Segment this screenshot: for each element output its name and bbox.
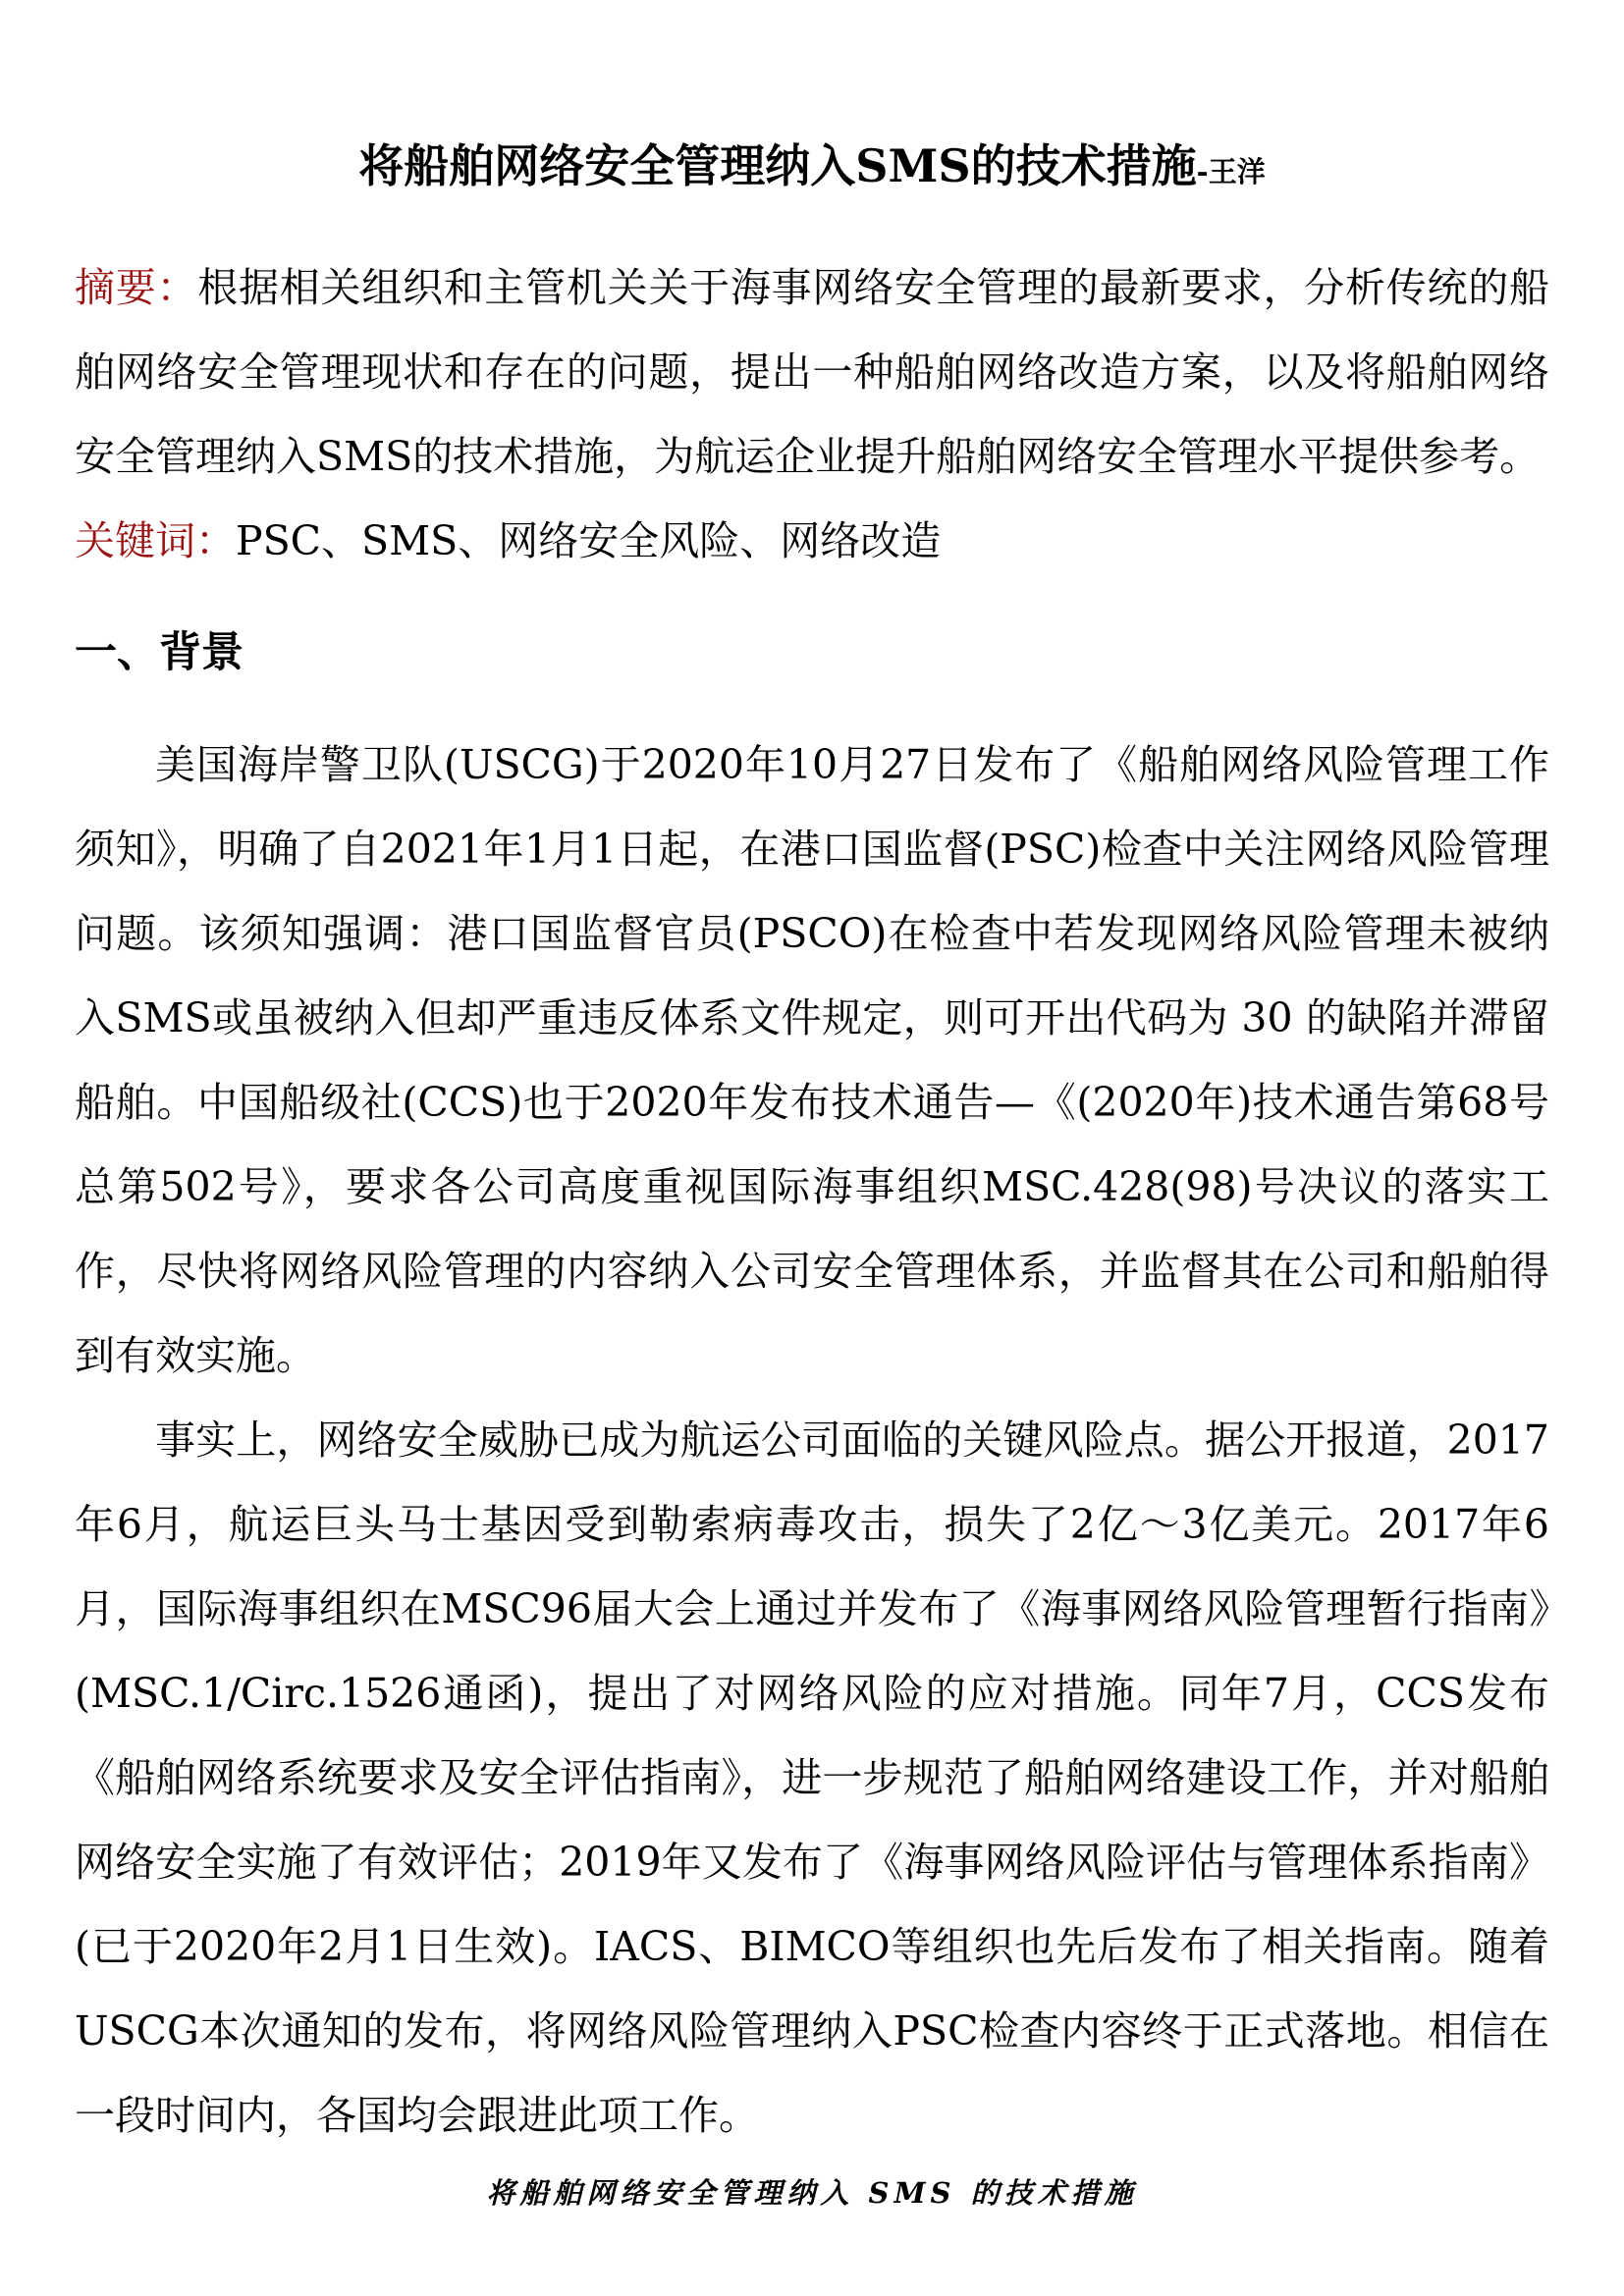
keywords-text: PSC、SMS、网络安全风险、网络改造 bbox=[236, 517, 941, 564]
abstract-text: 根据相关组织和主管机关关于海事网络安全管理的最新要求，分析传统的船舶网络安全管理… bbox=[75, 264, 1549, 480]
body-paragraph-1: 美国海岸警卫队(USCG)于2020年10月27日发布了《船舶网络风险管理工作须… bbox=[75, 722, 1549, 1398]
keywords-paragraph: 关键词：PSC、SMS、网络安全风险、网络改造 bbox=[75, 499, 1549, 583]
abstract-paragraph: 摘要：根据相关组织和主管机关关于海事网络安全管理的最新要求，分析传统的船舶网络安… bbox=[75, 245, 1549, 499]
document-page: 将船舶网络安全管理纳入SMS的技术措施-王洋 摘要：根据相关组织和主管机关关于海… bbox=[0, 0, 1624, 2296]
body-paragraph-2: 事实上，网络安全威胁已成为航运公司面临的关键风险点。据公开报道，2017年6月，… bbox=[75, 1398, 1549, 2158]
page-footer-title: 将船舶网络安全管理纳入 SMS 的技术措施 bbox=[0, 2171, 1624, 2212]
keywords-label: 关键词： bbox=[75, 517, 236, 564]
page-title-text: 将船舶网络安全管理纳入SMS的技术措施 bbox=[358, 139, 1196, 192]
section-heading-background: 一、背景 bbox=[75, 618, 1549, 687]
abstract-label: 摘要： bbox=[75, 264, 197, 311]
page-title: 将船舶网络安全管理纳入SMS的技术措施-王洋 bbox=[75, 135, 1549, 202]
author-name: -王洋 bbox=[1197, 155, 1266, 188]
